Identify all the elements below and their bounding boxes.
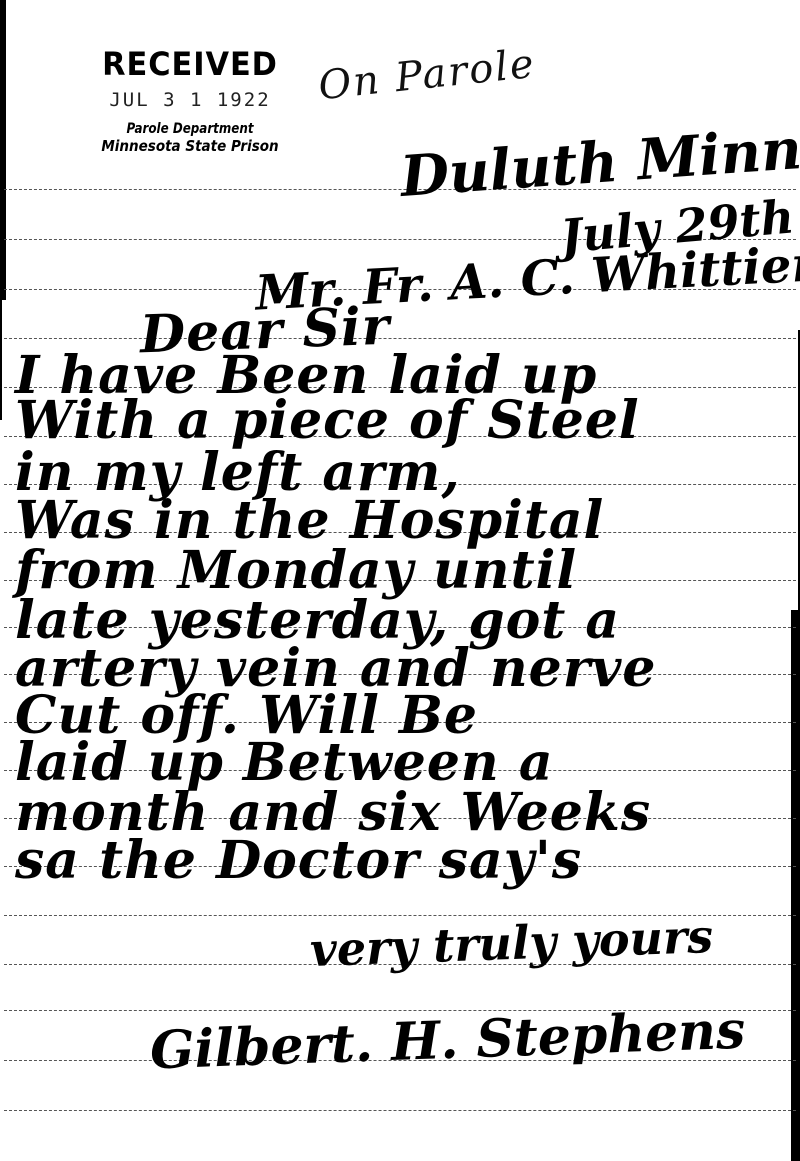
letter-place: Duluth Minn — [399, 121, 800, 205]
letter-page: RECEIVED JUL 3 1 1922 Parole Department … — [0, 0, 800, 1161]
scan-border-left — [0, 0, 6, 300]
stamp-date: JUL 3 1 1922 — [60, 89, 320, 111]
ruled-line — [4, 1110, 796, 1111]
stamp-institution: Minnesota State Prison — [73, 137, 307, 155]
scan-border-left-thin — [0, 300, 2, 420]
letter-signature: Gilbert. H. Stephens — [149, 1005, 746, 1078]
body-line: With a piece of Steel — [15, 395, 640, 447]
stamp-department: Parole Department — [80, 121, 301, 137]
body-line: sa the Doctor say's — [15, 835, 582, 887]
received-stamp: RECEIVED JUL 3 1 1922 Parole Department … — [60, 45, 320, 155]
scan-border-right — [791, 610, 800, 1161]
parole-annotation: On Parole — [317, 44, 538, 107]
stamp-title: RECEIVED — [67, 45, 314, 83]
letter-closing: very truly yours — [309, 913, 713, 973]
ruled-line — [4, 338, 796, 339]
